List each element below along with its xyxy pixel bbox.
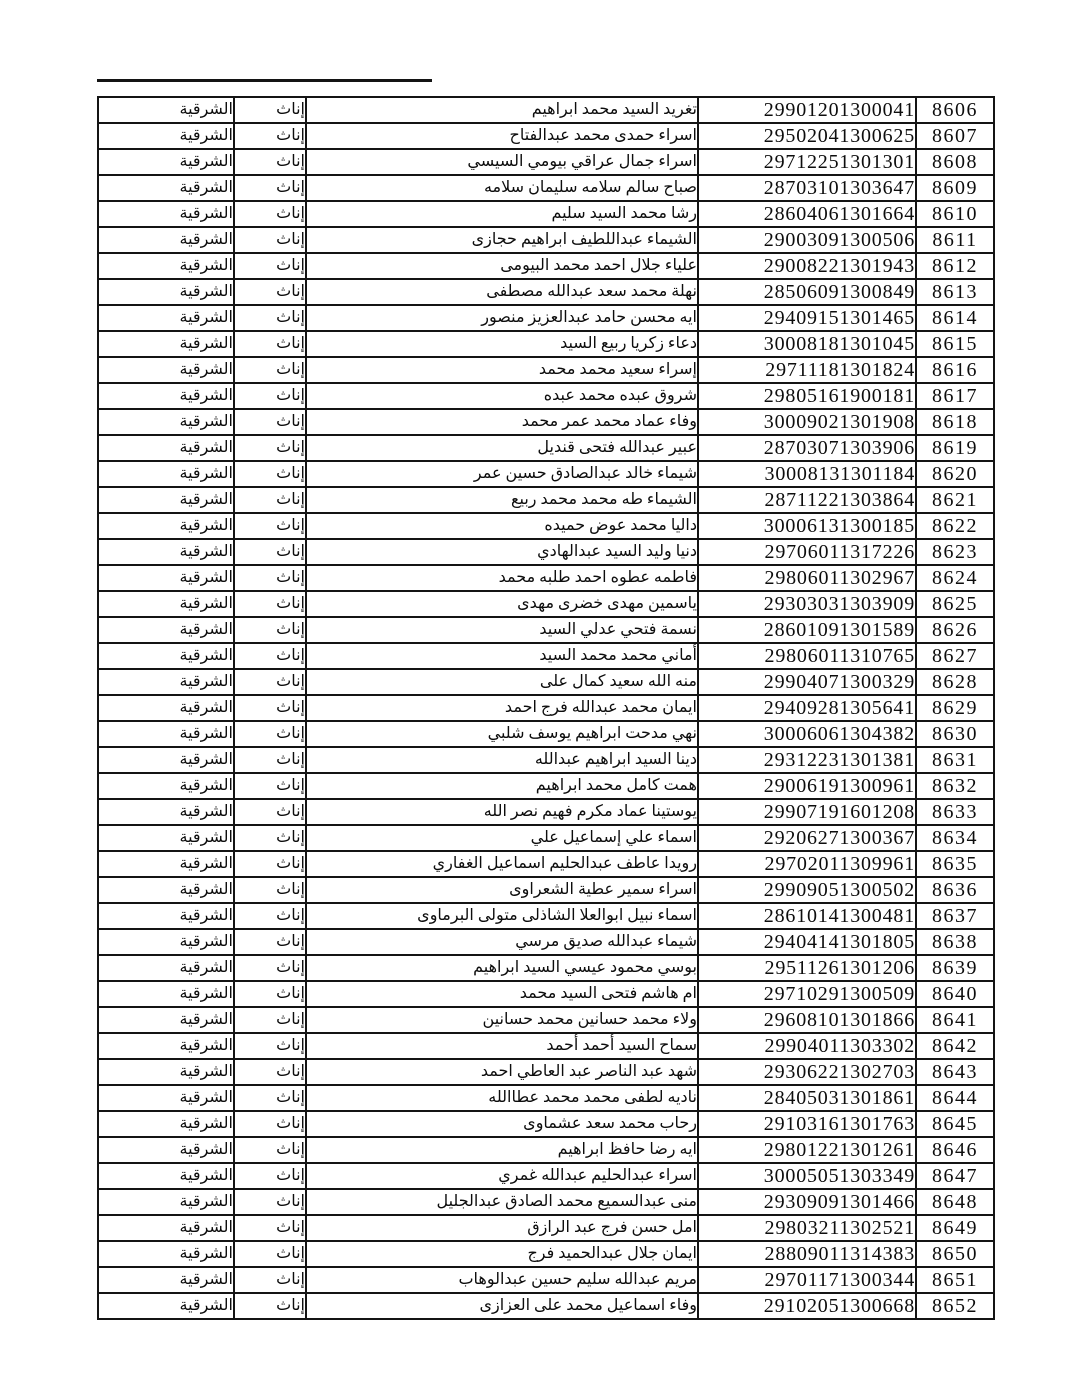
national-id-cell: 29712251301301 bbox=[698, 149, 916, 175]
full-name-cell: امل حسن فرج عبد الرازق bbox=[306, 1215, 698, 1241]
serial-number-cell: 8622 bbox=[916, 513, 994, 539]
gender-cell: إناث bbox=[234, 1189, 306, 1215]
governorate-cell: الشرقية bbox=[98, 591, 234, 617]
full-name-cell: دينا السيد ابراهيم عبدالله bbox=[306, 747, 698, 773]
full-name-cell: نهي مدحت ابراهيم يوسف شلبي bbox=[306, 721, 698, 747]
gender-cell: إناث bbox=[234, 97, 306, 123]
serial-number-cell: 8637 bbox=[916, 903, 994, 929]
full-name-cell: اسماء نبيل ابوالعلا الشاذلى متولى البرما… bbox=[306, 903, 698, 929]
gender-cell: إناث bbox=[234, 929, 306, 955]
serial-number-cell: 8620 bbox=[916, 461, 994, 487]
table-row: 865229102051300668وفاء اسماعيل محمد على … bbox=[98, 1293, 994, 1319]
table-row: 862628601091301589نسمة فتحي عدلي السيدإن… bbox=[98, 617, 994, 643]
serial-number-cell: 8636 bbox=[916, 877, 994, 903]
serial-number-cell: 8610 bbox=[916, 201, 994, 227]
gender-cell: إناث bbox=[234, 773, 306, 799]
serial-number-cell: 8633 bbox=[916, 799, 994, 825]
full-name-cell: نسمة فتحي عدلي السيد bbox=[306, 617, 698, 643]
national-id-cell: 29901201300041 bbox=[698, 97, 916, 123]
full-name-cell: إسراء سعيد محمد محمد bbox=[306, 357, 698, 383]
governorate-cell: الشرقية bbox=[98, 1059, 234, 1085]
table-row: 861629711181301824إسراء سعيد محمد محمدإن… bbox=[98, 357, 994, 383]
serial-number-cell: 8621 bbox=[916, 487, 994, 513]
national-id-cell: 29502041300625 bbox=[698, 123, 916, 149]
national-id-cell: 29711181301824 bbox=[698, 357, 916, 383]
table-row: 862329706011317226دنيا وليد السيد عبداله… bbox=[98, 539, 994, 565]
full-name-cell: أماني محمد محمد السيد bbox=[306, 643, 698, 669]
full-name-cell: ناديه لطفى محمد محمد عطاالله bbox=[306, 1085, 698, 1111]
table-row: 864730005051303349اسراء عبدالحليم عبدالل… bbox=[98, 1163, 994, 1189]
governorate-cell: الشرقية bbox=[98, 799, 234, 825]
governorate-cell: الشرقية bbox=[98, 97, 234, 123]
national-id-cell: 29409281305641 bbox=[698, 695, 916, 721]
gender-cell: إناث bbox=[234, 331, 306, 357]
full-name-cell: بوسي محمود عيسي السيد ابراهيم bbox=[306, 955, 698, 981]
governorate-cell: الشرقية bbox=[98, 617, 234, 643]
national-id-cell: 29706011317226 bbox=[698, 539, 916, 565]
national-id-cell: 29803211302521 bbox=[698, 1215, 916, 1241]
gender-cell: إناث bbox=[234, 409, 306, 435]
table-row: 860829712251301301اسراء جمال عراقي بيومي… bbox=[98, 149, 994, 175]
national-id-cell: 30008181301045 bbox=[698, 331, 916, 357]
gender-cell: إناث bbox=[234, 539, 306, 565]
table-row: 865028809011314383ايمان جلال عبدالحميد ف… bbox=[98, 1241, 994, 1267]
serial-number-cell: 8624 bbox=[916, 565, 994, 591]
table-row: 863229006191300961همت كامل محمد ابراهيمإ… bbox=[98, 773, 994, 799]
table-row: 862529303031303909ياسمين مهدى خضرى مهدىإ… bbox=[98, 591, 994, 617]
table-row: 861328506091300849نهلة محمد سعد عبدالله … bbox=[98, 279, 994, 305]
full-name-cell: اسماء علي إسماعيل علي bbox=[306, 825, 698, 851]
table-row: 863629909051300502اسراء سمير عطية الشعرا… bbox=[98, 877, 994, 903]
serial-number-cell: 8644 bbox=[916, 1085, 994, 1111]
gender-cell: إناث bbox=[234, 695, 306, 721]
governorate-cell: الشرقية bbox=[98, 331, 234, 357]
governorate-cell: الشرقية bbox=[98, 1033, 234, 1059]
full-name-cell: وفاء اسماعيل محمد على العزازى bbox=[306, 1293, 698, 1319]
governorate-cell: الشرقية bbox=[98, 279, 234, 305]
national-id-cell: 29904011303302 bbox=[698, 1033, 916, 1059]
gender-cell: إناث bbox=[234, 747, 306, 773]
table-row: 863529702011309961رويدا عاطف عبدالحليم ا… bbox=[98, 851, 994, 877]
table-row: 861830009021301908وفاء عماد محمد عمر محم… bbox=[98, 409, 994, 435]
table-row: 861928703071303906عبير عبدالله فتحى قندي… bbox=[98, 435, 994, 461]
full-name-cell: شيماء عبدالله صديق مرسي bbox=[306, 929, 698, 955]
governorate-cell: الشرقية bbox=[98, 461, 234, 487]
serial-number-cell: 8648 bbox=[916, 1189, 994, 1215]
governorate-cell: الشرقية bbox=[98, 773, 234, 799]
serial-number-cell: 8639 bbox=[916, 955, 994, 981]
full-name-cell: ام هاشم فتحى السيد محمد bbox=[306, 981, 698, 1007]
gender-cell: إناث bbox=[234, 1085, 306, 1111]
national-id-cell: 29003091300506 bbox=[698, 227, 916, 253]
national-id-cell: 30006061304382 bbox=[698, 721, 916, 747]
full-name-cell: نهلة محمد سعد عبدالله مصطفى bbox=[306, 279, 698, 305]
roster-table-body: 860629901201300041تغريد السيد محمد ابراه… bbox=[98, 97, 994, 1319]
gender-cell: إناث bbox=[234, 253, 306, 279]
full-name-cell: همت كامل محمد ابراهيم bbox=[306, 773, 698, 799]
serial-number-cell: 8638 bbox=[916, 929, 994, 955]
national-id-cell: 28405031301861 bbox=[698, 1085, 916, 1111]
governorate-cell: الشرقية bbox=[98, 669, 234, 695]
national-id-cell: 29309091301466 bbox=[698, 1189, 916, 1215]
serial-number-cell: 8650 bbox=[916, 1241, 994, 1267]
national-id-cell: 29909051300502 bbox=[698, 877, 916, 903]
table-row: 862429806011302967فاطمه عطوه احمد طلبه م… bbox=[98, 565, 994, 591]
national-id-cell: 28703101303647 bbox=[698, 175, 916, 201]
gender-cell: إناث bbox=[234, 955, 306, 981]
table-row: 864629801221301261ايه رضا حافظ ابراهيمإن… bbox=[98, 1137, 994, 1163]
governorate-cell: الشرقية bbox=[98, 1189, 234, 1215]
governorate-cell: الشرقية bbox=[98, 851, 234, 877]
table-row: 864829309091301466منى عبدالسميع محمد الص… bbox=[98, 1189, 994, 1215]
governorate-cell: الشرقية bbox=[98, 539, 234, 565]
full-name-cell: فاطمه عطوه احمد طلبه محمد bbox=[306, 565, 698, 591]
gender-cell: إناث bbox=[234, 1241, 306, 1267]
table-row: 861028604061301664رشا محمد السيد سليمإنا… bbox=[98, 201, 994, 227]
national-id-cell: 29206271300367 bbox=[698, 825, 916, 851]
gender-cell: إناث bbox=[234, 617, 306, 643]
gender-cell: إناث bbox=[234, 591, 306, 617]
governorate-cell: الشرقية bbox=[98, 1111, 234, 1137]
full-name-cell: اسراء عبدالحليم عبدالله غمري bbox=[306, 1163, 698, 1189]
governorate-cell: الشرقية bbox=[98, 1085, 234, 1111]
serial-number-cell: 8626 bbox=[916, 617, 994, 643]
gender-cell: إناث bbox=[234, 877, 306, 903]
governorate-cell: الشرقية bbox=[98, 929, 234, 955]
table-row: 862128711221303864الشيماء طه محمد محمد ر… bbox=[98, 487, 994, 513]
gender-cell: إناث bbox=[234, 1267, 306, 1293]
full-name-cell: رحاب محمد سعد عشماوى bbox=[306, 1111, 698, 1137]
full-name-cell: دنيا وليد السيد عبدالهادي bbox=[306, 539, 698, 565]
gender-cell: إناث bbox=[234, 149, 306, 175]
national-id-cell: 29907191601208 bbox=[698, 799, 916, 825]
serial-number-cell: 8617 bbox=[916, 383, 994, 409]
serial-number-cell: 8613 bbox=[916, 279, 994, 305]
gender-cell: إناث bbox=[234, 1163, 306, 1189]
governorate-cell: الشرقية bbox=[98, 513, 234, 539]
full-name-cell: اسراء حمدى محمد عبدالفتاح bbox=[306, 123, 698, 149]
table-row: 864329306221302703شهد عبد الناصر عبد الع… bbox=[98, 1059, 994, 1085]
national-id-cell: 29701171300344 bbox=[698, 1267, 916, 1293]
table-row: 864129608101301866ولاء محمد حسانين محمد … bbox=[98, 1007, 994, 1033]
serial-number-cell: 8619 bbox=[916, 435, 994, 461]
gender-cell: إناث bbox=[234, 1033, 306, 1059]
national-id-cell: 29006191300961 bbox=[698, 773, 916, 799]
gender-cell: إناث bbox=[234, 1007, 306, 1033]
table-row: 861229008221301943علياء جلال احمد محمد ا… bbox=[98, 253, 994, 279]
governorate-cell: الشرقية bbox=[98, 1215, 234, 1241]
table-row: 863829404141301805شيماء عبدالله صديق مرس… bbox=[98, 929, 994, 955]
national-id-cell: 29008221301943 bbox=[698, 253, 916, 279]
national-id-cell: 29306221302703 bbox=[698, 1059, 916, 1085]
full-name-cell: سماح السيد أحمد أحمد bbox=[306, 1033, 698, 1059]
full-name-cell: منى عبدالسميع محمد الصادق عبدالجليل bbox=[306, 1189, 698, 1215]
governorate-cell: الشرقية bbox=[98, 305, 234, 331]
table-row: 860629901201300041تغريد السيد محمد ابراه… bbox=[98, 97, 994, 123]
governorate-cell: الشرقية bbox=[98, 383, 234, 409]
gender-cell: إناث bbox=[234, 175, 306, 201]
table-row: 863429206271300367اسماء علي إسماعيل عليإ… bbox=[98, 825, 994, 851]
table-row: 861129003091300506الشيماء عبداللطيف ابرا… bbox=[98, 227, 994, 253]
national-id-cell: 29805161900181 bbox=[698, 383, 916, 409]
full-name-cell: شروق عبده محمد عبده bbox=[306, 383, 698, 409]
table-row: 862829904071300329منه الله سعيد كمال على… bbox=[98, 669, 994, 695]
gender-cell: إناث bbox=[234, 487, 306, 513]
national-id-cell: 28809011314383 bbox=[698, 1241, 916, 1267]
full-name-cell: مريم عبدالله سليم حسين عبدالوهاب bbox=[306, 1267, 698, 1293]
governorate-cell: الشرقية bbox=[98, 981, 234, 1007]
gender-cell: إناث bbox=[234, 825, 306, 851]
governorate-cell: الشرقية bbox=[98, 1241, 234, 1267]
governorate-cell: الشرقية bbox=[98, 877, 234, 903]
serial-number-cell: 8615 bbox=[916, 331, 994, 357]
previous-row-remnant-line bbox=[97, 79, 432, 82]
gender-cell: إناث bbox=[234, 123, 306, 149]
full-name-cell: عبير عبدالله فتحى قنديل bbox=[306, 435, 698, 461]
table-row: 863030006061304382نهي مدحت ابراهيم يوسف … bbox=[98, 721, 994, 747]
national-id-cell: 29303031303909 bbox=[698, 591, 916, 617]
table-row: 862230006131300185داليا محمد عوض حميدهإن… bbox=[98, 513, 994, 539]
full-name-cell: شهد عبد الناصر عبد العاطي احمد bbox=[306, 1059, 698, 1085]
full-name-cell: شيماء خالد عبدالصادق حسين عمر bbox=[306, 461, 698, 487]
serial-number-cell: 8635 bbox=[916, 851, 994, 877]
table-row: 865129701171300344مريم عبدالله سليم حسين… bbox=[98, 1267, 994, 1293]
gender-cell: إناث bbox=[234, 513, 306, 539]
serial-number-cell: 8642 bbox=[916, 1033, 994, 1059]
serial-number-cell: 8634 bbox=[916, 825, 994, 851]
governorate-cell: الشرقية bbox=[98, 695, 234, 721]
full-name-cell: ايمان جلال عبدالحميد فرج bbox=[306, 1241, 698, 1267]
serial-number-cell: 8640 bbox=[916, 981, 994, 1007]
gender-cell: إناث bbox=[234, 227, 306, 253]
national-id-cell: 28601091301589 bbox=[698, 617, 916, 643]
full-name-cell: منه الله سعيد كمال على bbox=[306, 669, 698, 695]
full-name-cell: يوستينا عماد مكرم فهيم نصر الله bbox=[306, 799, 698, 825]
table-row: 860729502041300625اسراء حمدى محمد عبدالف… bbox=[98, 123, 994, 149]
national-id-cell: 30006131300185 bbox=[698, 513, 916, 539]
full-name-cell: صباح سالم سلامه سليمان سلامه bbox=[306, 175, 698, 201]
governorate-cell: الشرقية bbox=[98, 1163, 234, 1189]
governorate-cell: الشرقية bbox=[98, 955, 234, 981]
national-id-cell: 29702011309961 bbox=[698, 851, 916, 877]
full-name-cell: الشيماء طه محمد محمد ربيع bbox=[306, 487, 698, 513]
serial-number-cell: 8643 bbox=[916, 1059, 994, 1085]
table-row: 864229904011303302سماح السيد أحمد أحمدإن… bbox=[98, 1033, 994, 1059]
table-row: 862929409281305641ايمان محمد عبدالله فرج… bbox=[98, 695, 994, 721]
serial-number-cell: 8614 bbox=[916, 305, 994, 331]
national-id-cell: 29608101301866 bbox=[698, 1007, 916, 1033]
full-name-cell: وفاء عماد محمد عمر محمد bbox=[306, 409, 698, 435]
serial-number-cell: 8649 bbox=[916, 1215, 994, 1241]
gender-cell: إناث bbox=[234, 721, 306, 747]
governorate-cell: الشرقية bbox=[98, 253, 234, 279]
table-row: 864929803211302521امل حسن فرج عبد الرازق… bbox=[98, 1215, 994, 1241]
serial-number-cell: 8609 bbox=[916, 175, 994, 201]
serial-number-cell: 8647 bbox=[916, 1163, 994, 1189]
national-id-cell: 29904071300329 bbox=[698, 669, 916, 695]
full-name-cell: علياء جلال احمد محمد البيومى bbox=[306, 253, 698, 279]
full-name-cell: ايه محسن حامد عبدالعزيز منصور bbox=[306, 305, 698, 331]
table-row: 863329907191601208يوستينا عماد مكرم فهيم… bbox=[98, 799, 994, 825]
gender-cell: إناث bbox=[234, 1111, 306, 1137]
serial-number-cell: 8623 bbox=[916, 539, 994, 565]
scanned-document-page: 860629901201300041تغريد السيد محمد ابراه… bbox=[0, 0, 1080, 1398]
full-name-cell: رشا محمد السيد سليم bbox=[306, 201, 698, 227]
serial-number-cell: 8645 bbox=[916, 1111, 994, 1137]
serial-number-cell: 8641 bbox=[916, 1007, 994, 1033]
gender-cell: إناث bbox=[234, 435, 306, 461]
serial-number-cell: 8632 bbox=[916, 773, 994, 799]
serial-number-cell: 8607 bbox=[916, 123, 994, 149]
table-row: 861729805161900181شروق عبده محمد عبدهإنا… bbox=[98, 383, 994, 409]
gender-cell: إناث bbox=[234, 1137, 306, 1163]
gender-cell: إناث bbox=[234, 1293, 306, 1319]
gender-cell: إناث bbox=[234, 981, 306, 1007]
full-name-cell: دعاء زكريا ربيع السيد bbox=[306, 331, 698, 357]
national-id-cell: 28506091300849 bbox=[698, 279, 916, 305]
table-row: 861530008181301045دعاء زكريا ربيع السيدإ… bbox=[98, 331, 994, 357]
gender-cell: إناث bbox=[234, 799, 306, 825]
serial-number-cell: 8652 bbox=[916, 1293, 994, 1319]
gender-cell: إناث bbox=[234, 669, 306, 695]
full-name-cell: داليا محمد عوض حميده bbox=[306, 513, 698, 539]
national-id-cell: 28711221303864 bbox=[698, 487, 916, 513]
national-id-cell: 28703071303906 bbox=[698, 435, 916, 461]
serial-number-cell: 8625 bbox=[916, 591, 994, 617]
governorate-cell: الشرقية bbox=[98, 487, 234, 513]
table-row: 861429409151301465ايه محسن حامد عبدالعزي… bbox=[98, 305, 994, 331]
national-id-cell: 29312231301381 bbox=[698, 747, 916, 773]
serial-number-cell: 8616 bbox=[916, 357, 994, 383]
national-id-cell: 29409151301465 bbox=[698, 305, 916, 331]
governorate-cell: الشرقية bbox=[98, 1267, 234, 1293]
gender-cell: إناث bbox=[234, 903, 306, 929]
governorate-cell: الشرقية bbox=[98, 825, 234, 851]
national-id-cell: 28604061301664 bbox=[698, 201, 916, 227]
governorate-cell: الشرقية bbox=[98, 175, 234, 201]
national-id-cell: 29710291300509 bbox=[698, 981, 916, 1007]
full-name-cell: ياسمين مهدى خضرى مهدى bbox=[306, 591, 698, 617]
full-name-cell: تغريد السيد محمد ابراهيم bbox=[306, 97, 698, 123]
serial-number-cell: 8630 bbox=[916, 721, 994, 747]
governorate-cell: الشرقية bbox=[98, 149, 234, 175]
national-id-cell: 30005051303349 bbox=[698, 1163, 916, 1189]
table-row: 864529103161301763رحاب محمد سعد عشماوىإن… bbox=[98, 1111, 994, 1137]
gender-cell: إناث bbox=[234, 565, 306, 591]
serial-number-cell: 8606 bbox=[916, 97, 994, 123]
full-name-cell: ايه رضا حافظ ابراهيم bbox=[306, 1137, 698, 1163]
national-id-cell: 29806011310765 bbox=[698, 643, 916, 669]
table-row: 862030008131301184شيماء خالد عبدالصادق ح… bbox=[98, 461, 994, 487]
gender-cell: إناث bbox=[234, 357, 306, 383]
candidates-roster-table: 860629901201300041تغريد السيد محمد ابراه… bbox=[97, 96, 995, 1320]
serial-number-cell: 8612 bbox=[916, 253, 994, 279]
table-row: 864428405031301861ناديه لطفى محمد محمد ع… bbox=[98, 1085, 994, 1111]
governorate-cell: الشرقية bbox=[98, 1293, 234, 1319]
gender-cell: إناث bbox=[234, 461, 306, 487]
serial-number-cell: 8608 bbox=[916, 149, 994, 175]
serial-number-cell: 8629 bbox=[916, 695, 994, 721]
gender-cell: إناث bbox=[234, 1059, 306, 1085]
gender-cell: إناث bbox=[234, 1215, 306, 1241]
gender-cell: إناث bbox=[234, 643, 306, 669]
serial-number-cell: 8651 bbox=[916, 1267, 994, 1293]
governorate-cell: الشرقية bbox=[98, 643, 234, 669]
governorate-cell: الشرقية bbox=[98, 1137, 234, 1163]
full-name-cell: اسراء جمال عراقي بيومي السيسي bbox=[306, 149, 698, 175]
governorate-cell: الشرقية bbox=[98, 357, 234, 383]
national-id-cell: 29801221301261 bbox=[698, 1137, 916, 1163]
governorate-cell: الشرقية bbox=[98, 721, 234, 747]
national-id-cell: 30009021301908 bbox=[698, 409, 916, 435]
gender-cell: إناث bbox=[234, 279, 306, 305]
serial-number-cell: 8611 bbox=[916, 227, 994, 253]
national-id-cell: 29404141301805 bbox=[698, 929, 916, 955]
national-id-cell: 30008131301184 bbox=[698, 461, 916, 487]
national-id-cell: 29103161301763 bbox=[698, 1111, 916, 1137]
gender-cell: إناث bbox=[234, 201, 306, 227]
governorate-cell: الشرقية bbox=[98, 435, 234, 461]
national-id-cell: 29806011302967 bbox=[698, 565, 916, 591]
governorate-cell: الشرقية bbox=[98, 903, 234, 929]
governorate-cell: الشرقية bbox=[98, 201, 234, 227]
table-row: 863929511261301206بوسي محمود عيسي السيد … bbox=[98, 955, 994, 981]
governorate-cell: الشرقية bbox=[98, 747, 234, 773]
governorate-cell: الشرقية bbox=[98, 1007, 234, 1033]
table-row: 863728610141300481اسماء نبيل ابوالعلا ال… bbox=[98, 903, 994, 929]
serial-number-cell: 8646 bbox=[916, 1137, 994, 1163]
full-name-cell: رويدا عاطف عبدالحليم اسماعيل الغفاري bbox=[306, 851, 698, 877]
governorate-cell: الشرقية bbox=[98, 227, 234, 253]
full-name-cell: ايمان محمد عبدالله فرج احمد bbox=[306, 695, 698, 721]
table-row: 862729806011310765أماني محمد محمد السيدإ… bbox=[98, 643, 994, 669]
gender-cell: إناث bbox=[234, 851, 306, 877]
table-row: 863129312231301381دينا السيد ابراهيم عبد… bbox=[98, 747, 994, 773]
table-row: 864029710291300509ام هاشم فتحى السيد محم… bbox=[98, 981, 994, 1007]
serial-number-cell: 8631 bbox=[916, 747, 994, 773]
national-id-cell: 29102051300668 bbox=[698, 1293, 916, 1319]
governorate-cell: الشرقية bbox=[98, 409, 234, 435]
table-row: 860928703101303647صباح سالم سلامه سليمان… bbox=[98, 175, 994, 201]
gender-cell: إناث bbox=[234, 383, 306, 409]
national-id-cell: 29511261301206 bbox=[698, 955, 916, 981]
governorate-cell: الشرقية bbox=[98, 565, 234, 591]
gender-cell: إناث bbox=[234, 305, 306, 331]
full-name-cell: الشيماء عبداللطيف ابراهيم حجازى bbox=[306, 227, 698, 253]
serial-number-cell: 8618 bbox=[916, 409, 994, 435]
serial-number-cell: 8628 bbox=[916, 669, 994, 695]
full-name-cell: اسراء سمير عطية الشعراوى bbox=[306, 877, 698, 903]
full-name-cell: ولاء محمد حسانين محمد حسانين bbox=[306, 1007, 698, 1033]
serial-number-cell: 8627 bbox=[916, 643, 994, 669]
national-id-cell: 28610141300481 bbox=[698, 903, 916, 929]
governorate-cell: الشرقية bbox=[98, 123, 234, 149]
